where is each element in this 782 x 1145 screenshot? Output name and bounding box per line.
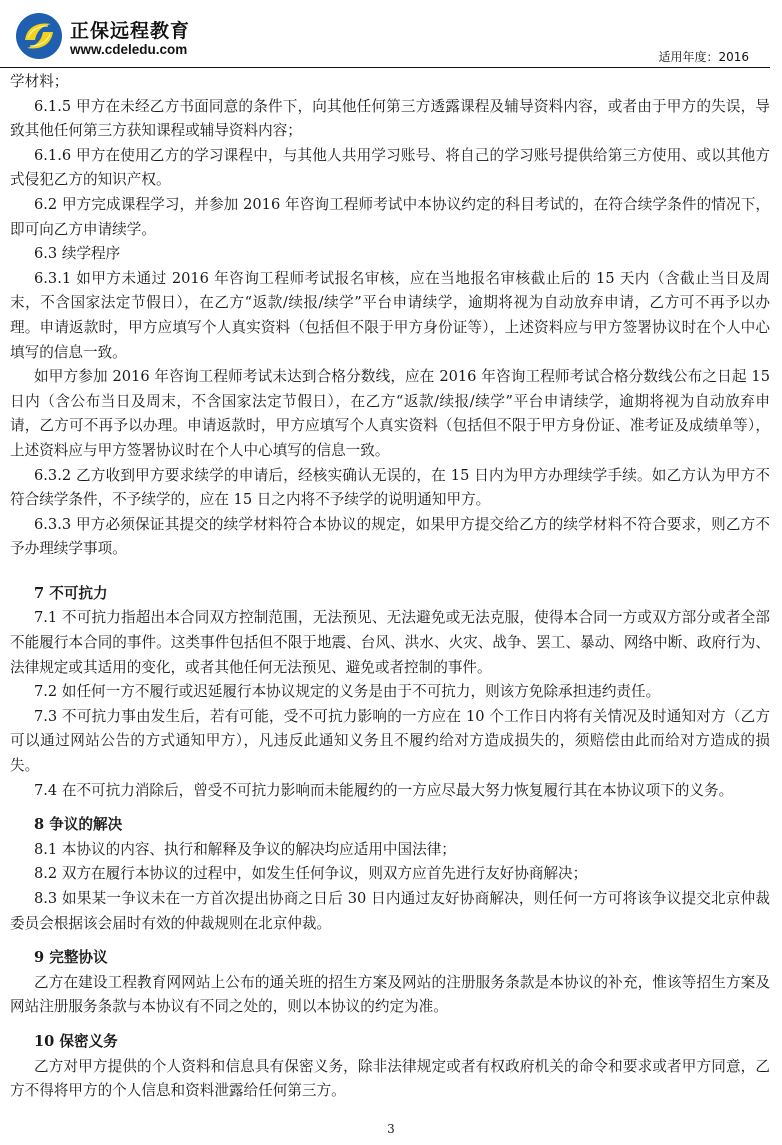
clause-8-3: 8.3 如果某一争议未在一方首次提出协商之日后 30 日内通过友好协商解决，则任… bbox=[10, 887, 770, 936]
clause-7-1: 7.1 不可抗力指超出本合同双方控制范围，无法预见、无法避免或无法克服，使得本合… bbox=[10, 606, 770, 680]
brand-url: www.cdeledu.com bbox=[70, 42, 187, 57]
clause-6-1-5: 6.1.5 甲方在未经乙方书面同意的条件下，向其他任何第三方透露课程及辅导资料内… bbox=[10, 95, 770, 144]
section-10-heading: 10 保密义务 bbox=[10, 1030, 770, 1055]
page-number: 3 bbox=[0, 1122, 782, 1136]
clause-6-1-6: 6.1.6 甲方在使用乙方的学习课程中，与其他人共用学习账号、将自己的学习账号提… bbox=[10, 144, 770, 193]
clause-6-2: 6.2 甲方完成课程学习，并参加 2016 年咨询工程师考试中本协议约定的科目考… bbox=[10, 193, 770, 242]
clause-6-3-1: 6.3.1 如甲方未通过 2016 年咨询工程师考试报名审核，应在当地报名审核截… bbox=[10, 267, 770, 365]
section-9-heading: 9 完整协议 bbox=[10, 946, 770, 971]
header-divider bbox=[0, 67, 770, 68]
document-body: 学材料； 6.1.5 甲方在未经乙方书面同意的条件下，向其他任何第三方透露课程及… bbox=[10, 70, 770, 1104]
brand-name: 正保远程教育 bbox=[70, 16, 190, 43]
clause-8-1: 8.1 本协议的内容、执行和解释及争议的解决均应适用中国法律； bbox=[10, 838, 770, 863]
clause-7-3: 7.3 不可抗力事由发生后，若有可能，受不可抗力影响的一方应在 10 个工作日内… bbox=[10, 705, 770, 779]
clause-10: 乙方对甲方提供的个人资料和信息具有保密义务，除非法律规定或者有权政府机关的命令和… bbox=[10, 1055, 770, 1104]
section-7-heading: 7 不可抗力 bbox=[10, 582, 770, 607]
applicable-year: 适用年度：2016 bbox=[658, 48, 749, 65]
clause-7-2: 7.2 如任何一方不履行或迟延履行本协议规定的义务是由于不可抗力，则该方免除承担… bbox=[10, 680, 770, 705]
section-8-heading: 8 争议的解决 bbox=[10, 813, 770, 838]
page-header: 正保远程教育 www.cdeledu.com 适用年度：2016 bbox=[0, 0, 782, 68]
clause-6-3-1-continued: 如甲方参加 2016 年咨询工程师考试未达到合格分数线，应在 2016 年咨询工… bbox=[10, 365, 770, 463]
clause-6-3-heading: 6.3 续学程序 bbox=[10, 242, 770, 267]
paragraph-continuation: 学材料； bbox=[10, 70, 770, 95]
clause-7-4: 7.4 在不可抗力消除后，曾受不可抗力影响而未能履约的一方应尽最大努力恢复履行其… bbox=[10, 779, 770, 804]
clause-9: 乙方在建设工程教育网网站上公布的通关班的招生方案及网站的注册服务条款是本协议的补… bbox=[10, 971, 770, 1020]
clause-6-3-2: 6.3.2 乙方收到甲方要求续学的申请后，经核实确认无误的，在 15 日内为甲方… bbox=[10, 464, 770, 513]
clause-6-3-3: 6.3.3 甲方必须保证其提交的续学材料符合本协议的规定，如果甲方提交给乙方的续… bbox=[10, 513, 770, 562]
cdeledu-logo-icon bbox=[15, 12, 63, 60]
clause-8-2: 8.2 双方在履行本协议的过程中，如发生任何争议，则双方应首先进行友好协商解决； bbox=[10, 862, 770, 887]
